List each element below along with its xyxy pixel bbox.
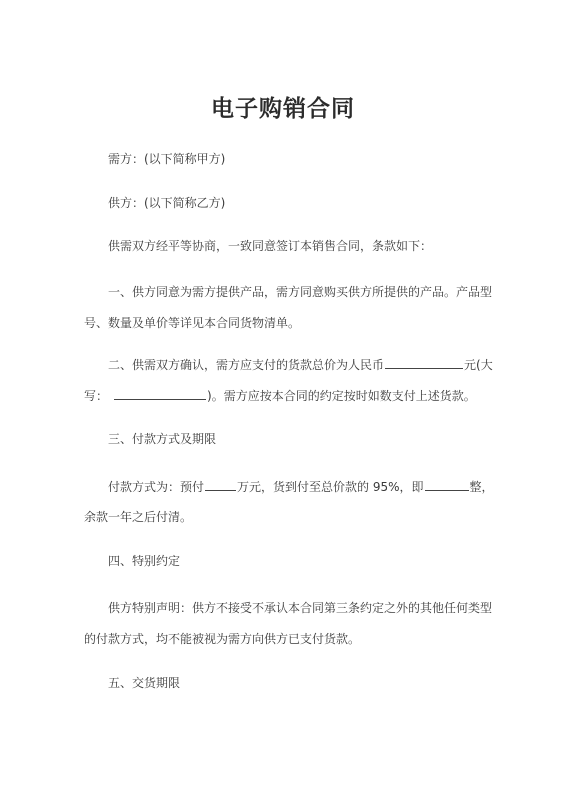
clause2-line2: 写：)。需方应按本合同的约定按时如数支付上述货款。 [84, 387, 476, 404]
prepay-blank [205, 478, 236, 491]
clause2-text-d: )。需方应按本合同的约定按时如数支付上述货款。 [207, 389, 476, 403]
special-line1: 供方特别声明：供方不接受不承认本合同第三条约定之外的其他任何类型 [108, 600, 492, 616]
payment-text-c: 整， [470, 480, 494, 494]
clause2-text-a: 二、供需双方确认，需方应支付的货款总价为人民币 [108, 358, 384, 372]
buyer-line: 需方：(以下简称甲方) [108, 151, 225, 167]
capital-amount-blank [114, 387, 206, 400]
clause3-heading: 三、付款方式及期限 [108, 431, 216, 447]
clause2-text-b: 元(大 [464, 358, 493, 372]
payment-line2: 余款一年之后付清。 [84, 509, 192, 525]
clause2-text-c: 写： [84, 389, 108, 403]
document-title: 电子购销合同 [0, 90, 566, 123]
payment-line1: 付款方式为：预付万元，货到付至总价款的 95%，即整， [108, 478, 494, 495]
clause4-heading: 四、特别约定 [108, 553, 180, 569]
clause2-line1: 二、供需双方确认，需方应支付的货款总价为人民币元(大 [108, 356, 493, 373]
clause1-line2: 号、数量及单价等详见本合同货物清单。 [84, 315, 300, 331]
payment-text-a: 付款方式为：预付 [108, 480, 204, 494]
seller-line: 供方：(以下简称乙方) [108, 195, 225, 211]
payment-text-b: 万元，货到付至总价款的 95%，即 [237, 480, 424, 494]
clause5-heading: 五、交货期限 [108, 675, 180, 691]
document-page: 电子购销合同 需方：(以下简称甲方) 供方：(以下简称乙方) 供需双方经平等协商… [0, 0, 566, 800]
intro-paragraph: 供需双方经平等协商，一致同意签订本销售合同，条款如下： [108, 238, 432, 254]
clause1-line1: 一、供方同意为需方提供产品，需方同意购买供方所提供的产品。产品型 [108, 284, 492, 300]
payment-amount-blank [425, 478, 469, 491]
special-line2: 的付款方式，均不能被视为需方向供方已支付货款。 [84, 631, 360, 647]
total-price-blank [385, 356, 463, 369]
